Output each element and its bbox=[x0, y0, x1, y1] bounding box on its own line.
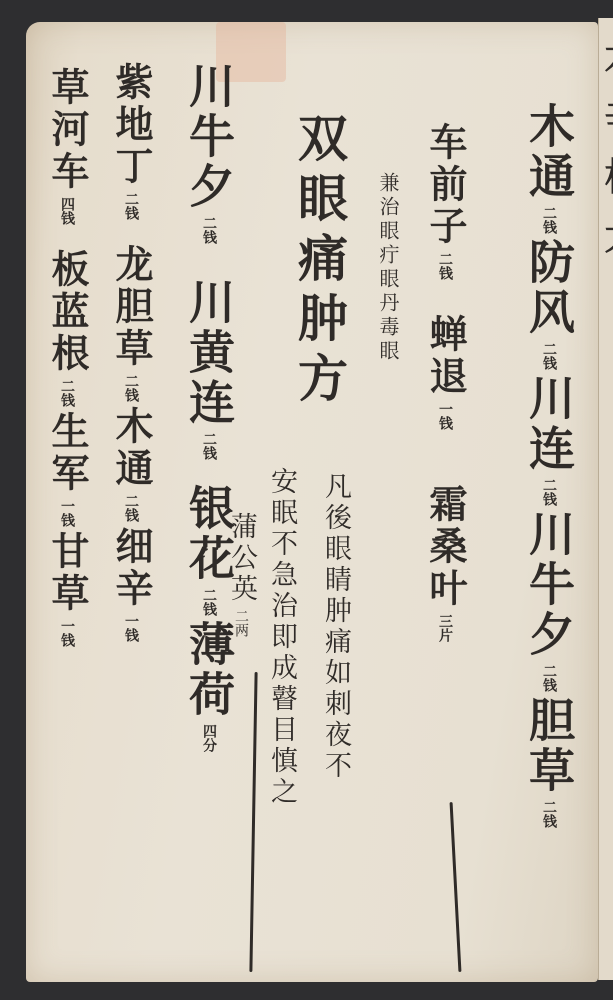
dose: 二钱 bbox=[59, 379, 75, 407]
dose: 一钱 bbox=[437, 402, 453, 430]
herb: 板蓝根 bbox=[45, 249, 90, 375]
dose: 二钱 bbox=[541, 342, 557, 370]
herb: 胆草 bbox=[522, 696, 576, 796]
herb: 霜桑叶 bbox=[423, 484, 468, 610]
dose: 二钱 bbox=[541, 478, 557, 506]
dose: 二钱 bbox=[437, 252, 453, 280]
herb: 生军 bbox=[45, 411, 90, 495]
herb: 川黄连 bbox=[182, 278, 236, 428]
dose: 二钱 bbox=[541, 800, 557, 828]
herb: 木通 bbox=[522, 102, 576, 202]
brush-tail-stroke bbox=[249, 672, 257, 972]
herb: 川牛夕 bbox=[522, 510, 576, 660]
herb: 车前子 bbox=[423, 122, 468, 248]
herb: 银花 bbox=[182, 484, 236, 584]
dose: 四分 bbox=[201, 724, 217, 752]
brush-tail-stroke bbox=[450, 802, 462, 972]
title-annotation: 兼治眼疔眼丹毒眼 bbox=[378, 172, 398, 364]
herb: 甘草 bbox=[45, 531, 90, 615]
indication-line-1: 凡後眼睛肿痛如刺夜不 bbox=[322, 472, 349, 782]
dose: 四钱 bbox=[59, 197, 75, 225]
dose: 三片 bbox=[437, 614, 453, 642]
adjacent-page-text: 木 辛 根 大 bbox=[601, 38, 613, 258]
herb: 紫地丁 bbox=[109, 62, 154, 188]
dose: 一钱 bbox=[59, 499, 75, 527]
herb: 木通 bbox=[109, 406, 154, 490]
dose: 二钱 bbox=[201, 588, 217, 616]
herb-column-1: 木通二钱防风二钱川连二钱川牛夕二钱胆草二钱 bbox=[526, 102, 572, 832]
herb: 川牛夕 bbox=[182, 62, 236, 212]
herb: 龙胆草 bbox=[109, 244, 154, 370]
herb: 细辛 bbox=[109, 526, 154, 610]
indication-line-2: 安眠不急治即成瞽目慎之 bbox=[268, 467, 295, 808]
herb: 薄荷 bbox=[182, 620, 236, 720]
dose: 二钱 bbox=[123, 374, 139, 402]
herb: 草河车 bbox=[45, 67, 90, 193]
herb: 蝉退 bbox=[423, 314, 468, 398]
dose: 二钱 bbox=[201, 216, 217, 244]
dose: 二钱 bbox=[123, 192, 139, 220]
dose: 二钱 bbox=[541, 206, 557, 234]
dose: 二钱 bbox=[201, 432, 217, 460]
adjacent-page-edge: 木 辛 根 大 bbox=[598, 18, 613, 980]
dose: 二钱 bbox=[541, 664, 557, 692]
herb-column-4: 川牛夕二钱川黄连二钱银花二钱薄荷四分 bbox=[186, 62, 232, 756]
herb: 防风 bbox=[522, 238, 576, 338]
herb-column-5: 紫地丁二钱龙胆草二钱木通二钱细辛一钱 bbox=[112, 62, 150, 646]
recipe-title: 双眼痛肿方 bbox=[294, 112, 344, 412]
herb-column-6: 草河车四钱板蓝根二钱生军一钱甘草一钱 bbox=[48, 67, 86, 651]
dose: 二钱 bbox=[123, 494, 139, 522]
dose: 一钱 bbox=[59, 619, 75, 647]
herb: 川连 bbox=[522, 374, 576, 474]
manuscript-page: 木通二钱防风二钱川连二钱川牛夕二钱胆草二钱 车前子二钱蝉退一钱霜桑叶三片 双眼痛… bbox=[26, 22, 598, 982]
herb-column-2: 车前子二钱蝉退一钱霜桑叶三片 bbox=[426, 122, 464, 646]
dose: 一钱 bbox=[123, 614, 139, 642]
